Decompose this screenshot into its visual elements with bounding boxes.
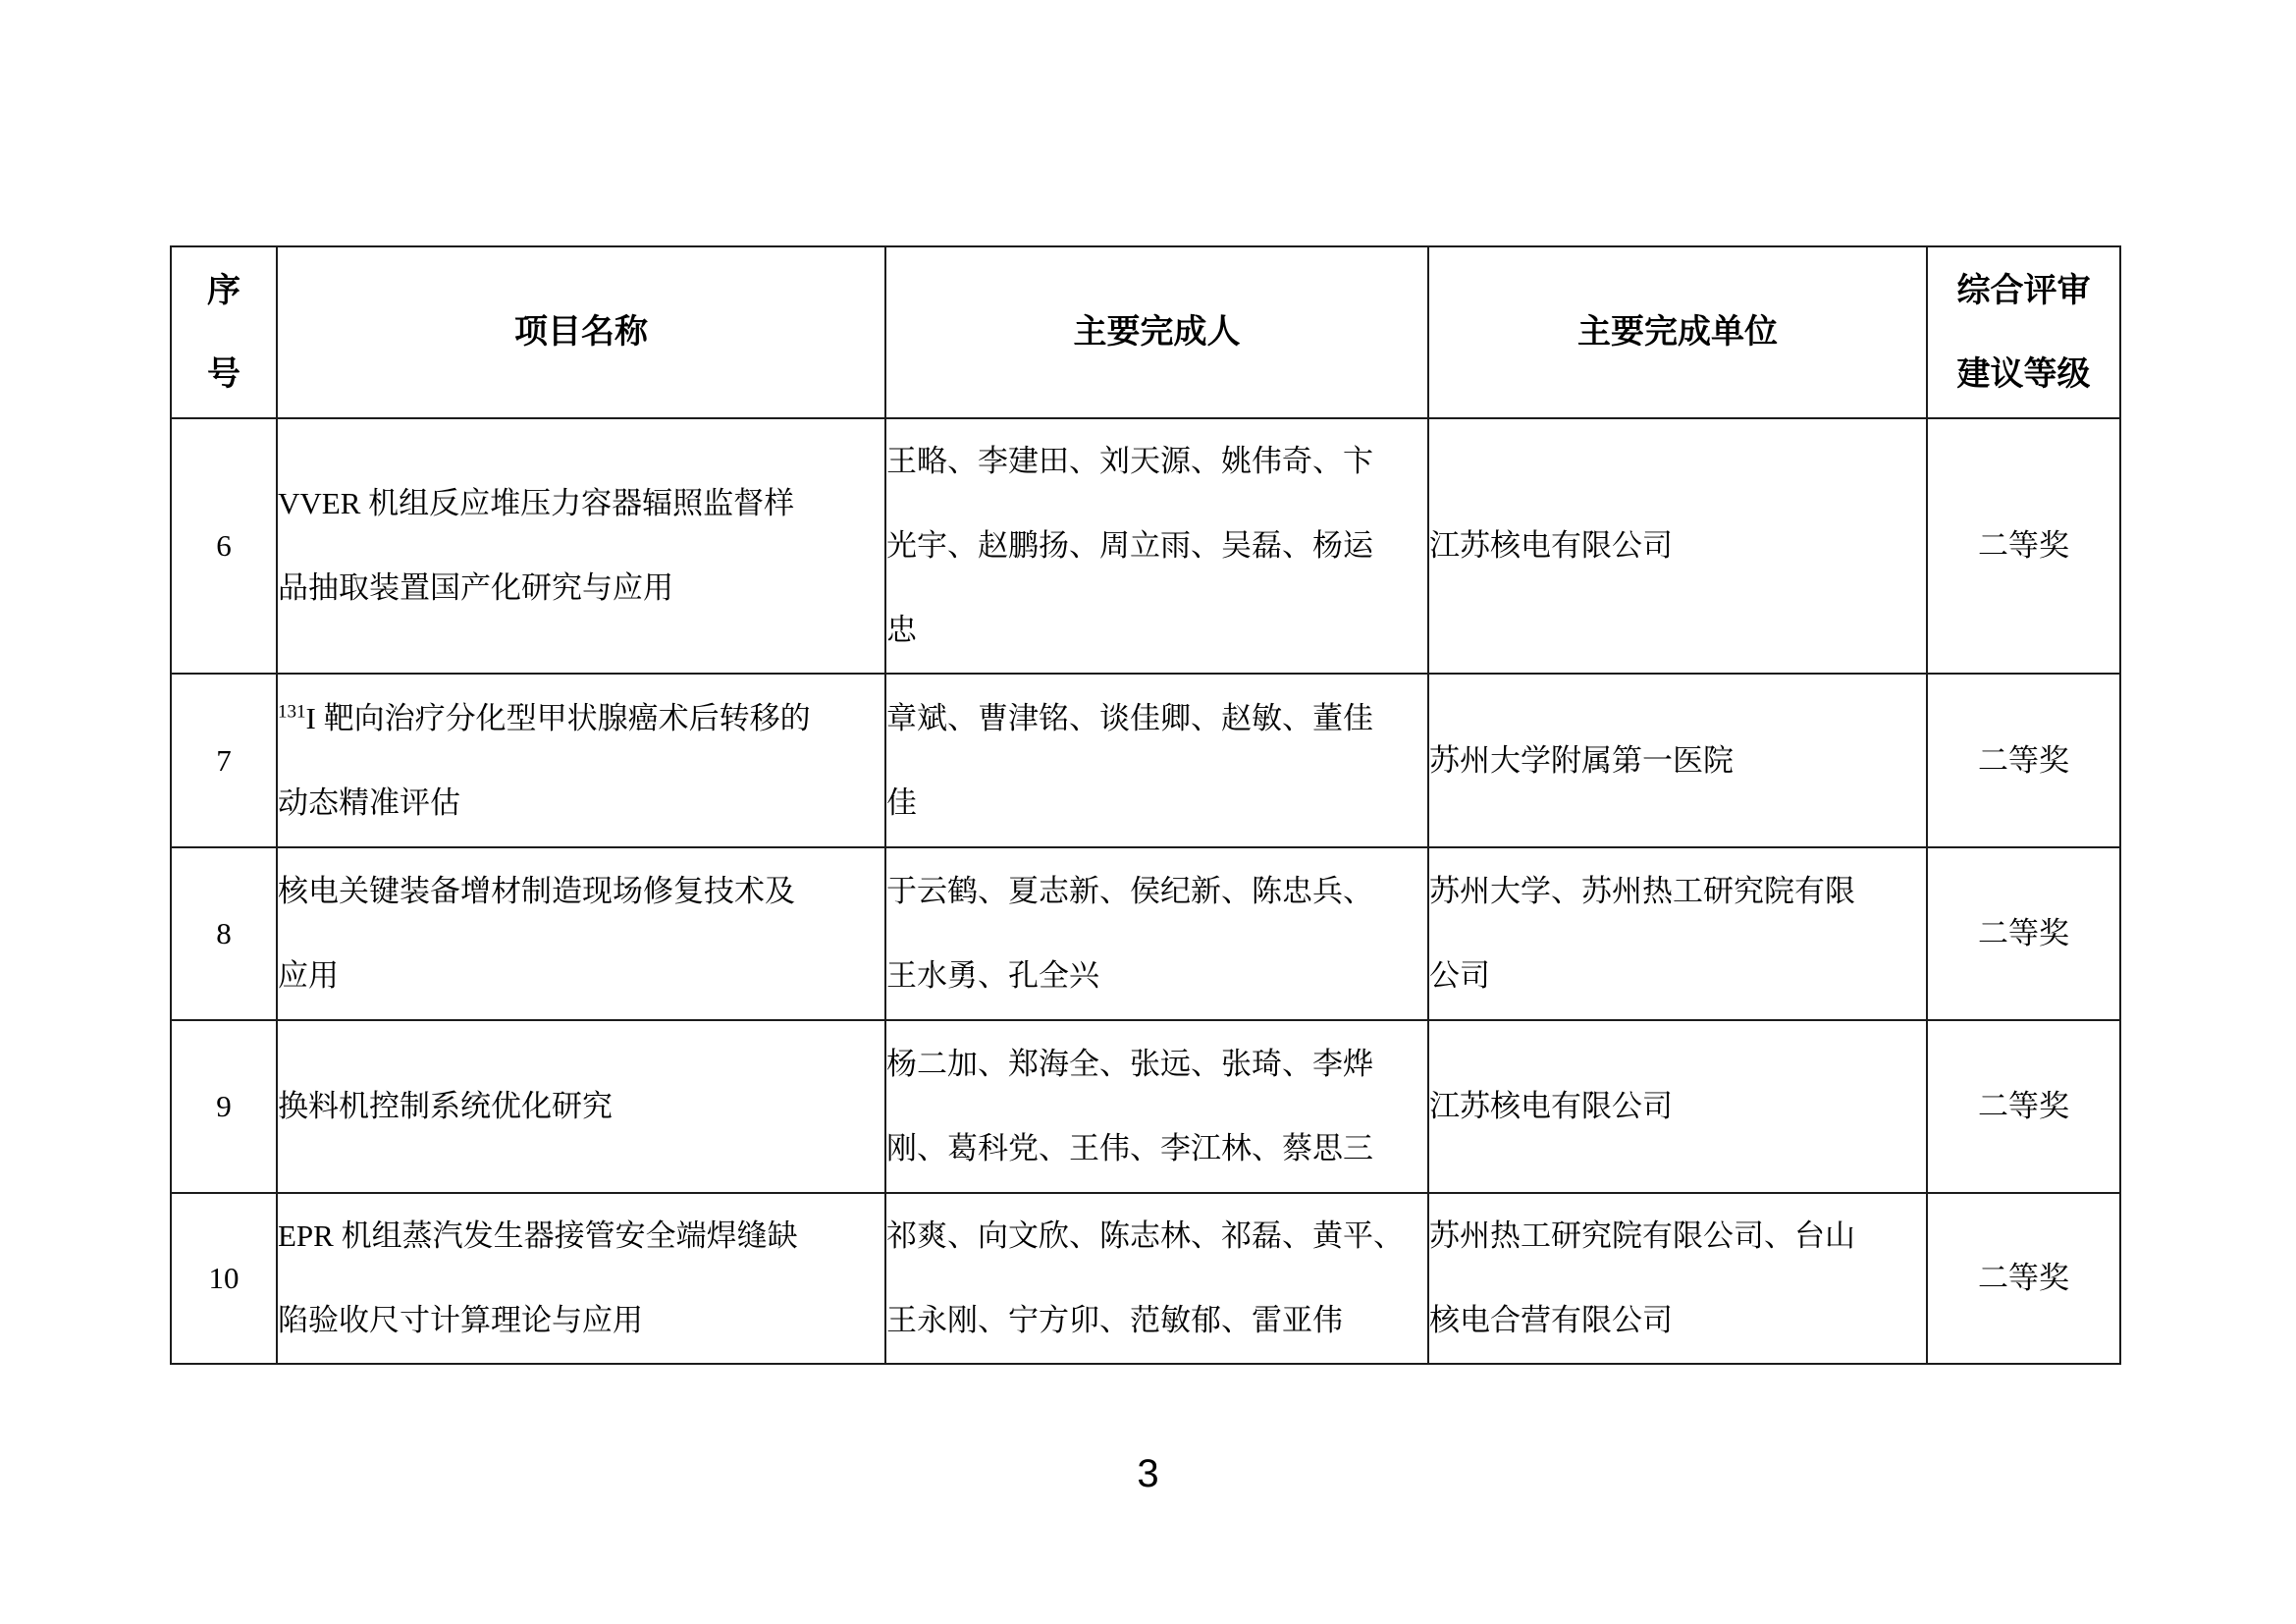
project-name-text: I 靶向治疗分化型甲状腺癌术后转移的 动态精准评估 (278, 701, 811, 820)
document-page: 序 号 项目名称 主要完成人 主要完成单位 综合评审 建议等级 6 VVER 机… (0, 0, 2296, 1624)
cell-organizations: 苏州大学、苏州热工研究院有限 公司 (1428, 847, 1927, 1020)
isotope-superscript: 131 (278, 701, 306, 722)
cell-contributors: 祁爽、向文欣、陈志林、祁磊、黄平、 王永刚、宁方卯、范敏郁、雷亚伟 (885, 1193, 1428, 1364)
cell-project: 换料机控制系统优化研究 (277, 1020, 885, 1193)
cell-contributors: 王略、李建田、刘天源、姚伟奇、卞 光宇、赵鹏扬、周立雨、吴磊、杨运 忠 (885, 418, 1428, 674)
page-number: 3 (0, 1452, 2296, 1495)
table-row: 8 核电关键装备增材制造现场修复技术及 应用 于云鹤、夏志新、侯纪新、陈忠兵、 … (171, 847, 2120, 1020)
header-row: 序 号 项目名称 主要完成人 主要完成单位 综合评审 建议等级 (171, 246, 2120, 418)
header-cell-contributors: 主要完成人 (885, 246, 1428, 418)
cell-no: 7 (171, 674, 277, 847)
cell-no: 6 (171, 418, 277, 674)
cell-organizations: 苏州大学附属第一医院 (1428, 674, 1927, 847)
table-row: 7 131I 靶向治疗分化型甲状腺癌术后转移的 动态精准评估 章斌、曹津铭、谈佳… (171, 674, 2120, 847)
header-cell-no: 序 号 (171, 246, 277, 418)
cell-project: 核电关键装备增材制造现场修复技术及 应用 (277, 847, 885, 1020)
cell-project: EPR 机组蒸汽发生器接管安全端焊缝缺 陷验收尺寸计算理论与应用 (277, 1193, 885, 1364)
cell-no: 10 (171, 1193, 277, 1364)
cell-organizations: 江苏核电有限公司 (1428, 418, 1927, 674)
cell-no: 9 (171, 1020, 277, 1193)
table-row: 9 换料机控制系统优化研究 杨二加、郑海全、张远、张琦、李烨 刚、葛科党、王伟、… (171, 1020, 2120, 1193)
cell-grade: 二等奖 (1927, 1020, 2120, 1193)
cell-grade: 二等奖 (1927, 847, 2120, 1020)
table-row: 10 EPR 机组蒸汽发生器接管安全端焊缝缺 陷验收尺寸计算理论与应用 祁爽、向… (171, 1193, 2120, 1364)
cell-grade: 二等奖 (1927, 1193, 2120, 1364)
header-cell-organizations: 主要完成单位 (1428, 246, 1927, 418)
cell-contributors: 章斌、曹津铭、谈佳卿、赵敏、董佳 佳 (885, 674, 1428, 847)
header-cell-project: 项目名称 (277, 246, 885, 418)
header-cell-grade: 综合评审 建议等级 (1927, 246, 2120, 418)
cell-organizations: 苏州热工研究院有限公司、台山 核电合营有限公司 (1428, 1193, 1927, 1364)
cell-no: 8 (171, 847, 277, 1020)
cell-project: 131I 靶向治疗分化型甲状腺癌术后转移的 动态精准评估 (277, 674, 885, 847)
cell-project: VVER 机组反应堆压力容器辐照监督样 品抽取装置国产化研究与应用 (277, 418, 885, 674)
awards-table: 序 号 项目名称 主要完成人 主要完成单位 综合评审 建议等级 6 VVER 机… (170, 245, 2121, 1365)
cell-grade: 二等奖 (1927, 418, 2120, 674)
cell-organizations: 江苏核电有限公司 (1428, 1020, 1927, 1193)
cell-grade: 二等奖 (1927, 674, 2120, 847)
cell-contributors: 杨二加、郑海全、张远、张琦、李烨 刚、葛科党、王伟、李江林、蔡思三 (885, 1020, 1428, 1193)
cell-contributors: 于云鹤、夏志新、侯纪新、陈忠兵、 王水勇、孔全兴 (885, 847, 1428, 1020)
table-row: 6 VVER 机组反应堆压力容器辐照监督样 品抽取装置国产化研究与应用 王略、李… (171, 418, 2120, 674)
